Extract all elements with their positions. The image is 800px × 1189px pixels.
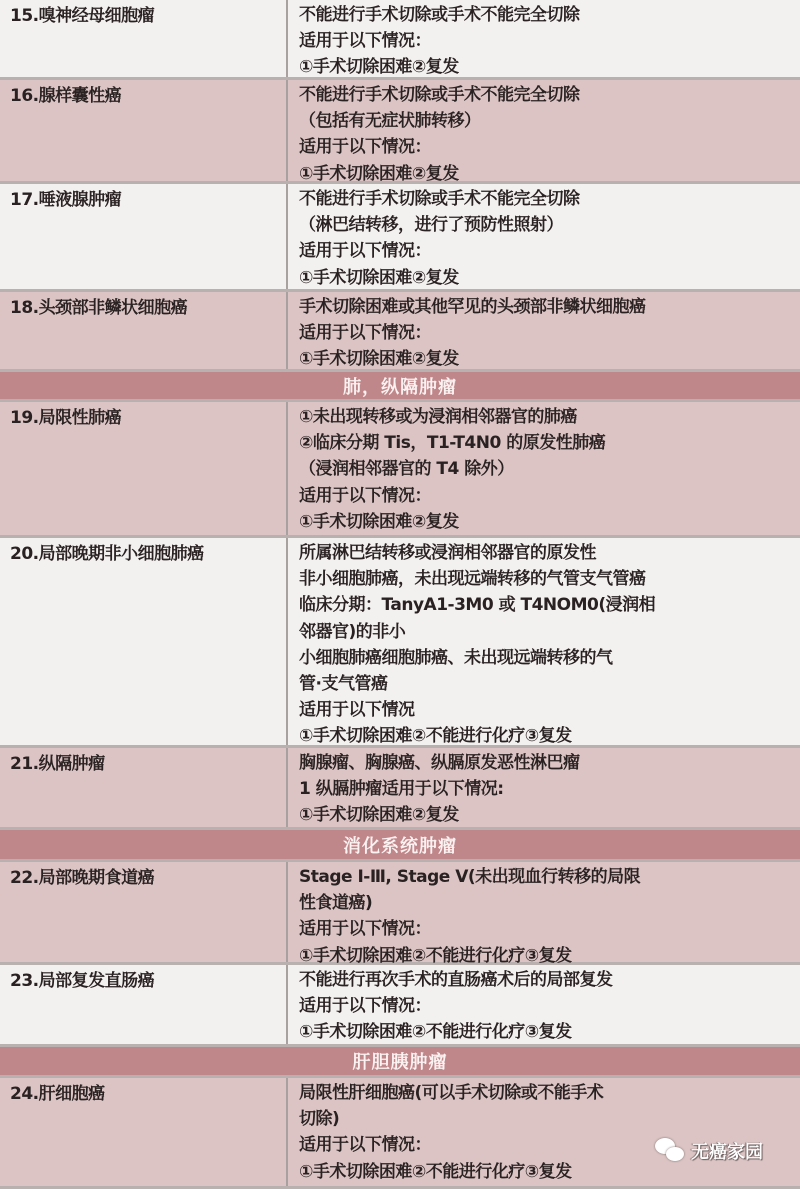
indication-line: ①手术切除困难②不能进行化疗③复发: [299, 723, 800, 749]
indication-line: ①手术切除困难②复发: [299, 346, 800, 372]
indication-line: （淋巴结转移，进行了预防性照射）: [299, 212, 800, 238]
indication-cell: 手术切除困难或其他罕见的头颈部非鳞状细胞癌适用于以下情况：①手术切除困难②复发: [288, 292, 800, 369]
indication-line: 适用于以下情况：: [299, 483, 800, 509]
indication-line: ①手术切除困难②复发: [299, 161, 800, 187]
indication-line: 适用于以下情况：: [299, 320, 800, 346]
indication-cell: 不能进行手术切除或手术不能完全切除（包括有无症状肺转移）适用于以下情况：①手术切…: [288, 80, 800, 181]
indication-line: 不能进行手术切除或手术不能完全切除: [299, 186, 800, 212]
watermark: 无癌家园: [655, 1138, 763, 1164]
indication-line: 适用于以下情况：: [299, 28, 800, 54]
table-row: 21.纵隔肿瘤胸腺瘤、胸腺癌、纵膈原发恶性淋巴瘤1 纵膈肿瘤适用于以下情况:①手…: [0, 748, 800, 830]
table-row: 20.局部晚期非小细胞肺癌所属淋巴结转移或浸润相邻器官的原发性非小细胞肺癌，未出…: [0, 538, 800, 748]
indication-cell: 胸腺瘤、胸腺癌、纵膈原发恶性淋巴瘤1 纵膈肿瘤适用于以下情况:①手术切除困难②复…: [288, 748, 800, 827]
treatment-indication-table: 15.嗅神经母细胞瘤不能进行手术切除或手术不能完全切除适用于以下情况：①手术切除…: [0, 0, 800, 1189]
table-row: 22.局部晚期食道癌Stage Ⅰ-Ⅲ, Stage Ⅴ(未出现血行转移的局限性…: [0, 862, 800, 965]
indication-line: 局限性肝细胞癌(可以手术切除或不能手术: [299, 1080, 800, 1106]
section-header: 肺，纵隔肿瘤: [0, 372, 800, 402]
section-header: 肝胆胰肿瘤: [0, 1047, 800, 1078]
indication-line: 小细胞肺癌细胞肺癌、未出现远端转移的气: [299, 645, 800, 671]
indication-line: ①手术切除困难②复发: [299, 54, 800, 80]
indication-line: ②临床分期 Tis，T1-T4N0 的原发性肺癌: [299, 430, 800, 456]
table-row: 23.局部复发直肠癌不能进行再次手术的直肠癌术后的局部复发适用于以下情况：①手术…: [0, 965, 800, 1047]
indication-line: 管·支气管癌: [299, 671, 800, 697]
indication-line: ①手术切除困难②复发: [299, 265, 800, 291]
tumor-name-cell: 19.局限性肺癌: [0, 402, 288, 535]
indication-line: 手术切除困难或其他罕见的头颈部非鳞状细胞癌: [299, 294, 800, 320]
indication-cell: 局限性肝细胞癌(可以手术切除或不能手术切除)适用于以下情况：①手术切除困难②不能…: [288, 1078, 800, 1186]
indication-line: 适用于以下情况：: [299, 134, 800, 160]
indication-line: （包括有无症状肺转移）: [299, 108, 800, 134]
section-header: 消化系统肿瘤: [0, 830, 800, 862]
indication-line: 不能进行手术切除或手术不能完全切除: [299, 82, 800, 108]
indication-line: 所属淋巴结转移或浸润相邻器官的原发性: [299, 540, 800, 566]
indication-line: ①手术切除困难②不能进行化疗③复发: [299, 1019, 800, 1045]
tumor-name-cell: 16.腺样囊性癌: [0, 80, 288, 181]
indication-line: 适用于以下情况：: [299, 916, 800, 942]
indication-line: 不能进行手术切除或手术不能完全切除: [299, 2, 800, 28]
indication-line: 1 纵膈肿瘤适用于以下情况:: [299, 776, 800, 802]
table-row: 18.头颈部非鳞状细胞癌手术切除困难或其他罕见的头颈部非鳞状细胞癌适用于以下情况…: [0, 292, 800, 372]
indication-line: 适用于以下情况: [299, 697, 800, 723]
indication-line: 适用于以下情况：: [299, 238, 800, 264]
tumor-name-cell: 24.肝细胞癌: [0, 1078, 288, 1186]
indication-cell: ①未出现转移或为浸润相邻器官的肺癌②临床分期 Tis，T1-T4N0 的原发性肺…: [288, 402, 800, 535]
indication-line: ①未出现转移或为浸润相邻器官的肺癌: [299, 404, 800, 430]
table-row: 16.腺样囊性癌不能进行手术切除或手术不能完全切除（包括有无症状肺转移）适用于以…: [0, 80, 800, 184]
tumor-name-cell: 15.嗅神经母细胞瘤: [0, 0, 288, 77]
tumor-name-cell: 17.唾液腺肿瘤: [0, 184, 288, 289]
indication-line: ①手术切除困难②复发: [299, 802, 800, 828]
indication-line: 邻器官)的非小: [299, 619, 800, 645]
tumor-name-cell: 21.纵隔肿瘤: [0, 748, 288, 827]
table-row: 19.局限性肺癌①未出现转移或为浸润相邻器官的肺癌②临床分期 Tis，T1-T4…: [0, 402, 800, 538]
table-row: 24.肝细胞癌局限性肝细胞癌(可以手术切除或不能手术切除)适用于以下情况：①手术…: [0, 1078, 800, 1189]
indication-line: 临床分期：TanyA1-3M0 或 T4NOM0(浸润相: [299, 592, 800, 618]
indication-cell: 不能进行再次手术的直肠癌术后的局部复发适用于以下情况：①手术切除困难②不能进行化…: [288, 965, 800, 1044]
indication-line: 胸腺瘤、胸腺癌、纵膈原发恶性淋巴瘤: [299, 750, 800, 776]
tumor-name-cell: 23.局部复发直肠癌: [0, 965, 288, 1044]
indication-line: 性食道癌): [299, 890, 800, 916]
indication-cell: 不能进行手术切除或手术不能完全切除（淋巴结转移，进行了预防性照射）适用于以下情况…: [288, 184, 800, 289]
watermark-text: 无癌家园: [691, 1138, 763, 1164]
indication-line: 切除): [299, 1106, 800, 1132]
table-row: 15.嗅神经母细胞瘤不能进行手术切除或手术不能完全切除适用于以下情况：①手术切除…: [0, 0, 800, 80]
indication-cell: 所属淋巴结转移或浸润相邻器官的原发性非小细胞肺癌，未出现远端转移的气管支气管癌临…: [288, 538, 800, 745]
indication-line: 非小细胞肺癌，未出现远端转移的气管支气管癌: [299, 566, 800, 592]
wechat-icon: [655, 1138, 687, 1164]
indication-cell: 不能进行手术切除或手术不能完全切除适用于以下情况：①手术切除困难②复发: [288, 0, 800, 77]
tumor-name-cell: 22.局部晚期食道癌: [0, 862, 288, 962]
indication-line: 不能进行再次手术的直肠癌术后的局部复发: [299, 967, 800, 993]
indication-cell: Stage Ⅰ-Ⅲ, Stage Ⅴ(未出现血行转移的局限性食道癌)适用于以下情…: [288, 862, 800, 962]
tumor-name-cell: 18.头颈部非鳞状细胞癌: [0, 292, 288, 369]
indication-line: 适用于以下情况：: [299, 993, 800, 1019]
indication-line: Stage Ⅰ-Ⅲ, Stage Ⅴ(未出现血行转移的局限: [299, 864, 800, 890]
indication-line: （浸润相邻器官的 T4 除外）: [299, 456, 800, 482]
table-row: 17.唾液腺肿瘤不能进行手术切除或手术不能完全切除（淋巴结转移，进行了预防性照射…: [0, 184, 800, 292]
indication-line: ①手术切除困难②复发: [299, 509, 800, 535]
tumor-name-cell: 20.局部晚期非小细胞肺癌: [0, 538, 288, 745]
